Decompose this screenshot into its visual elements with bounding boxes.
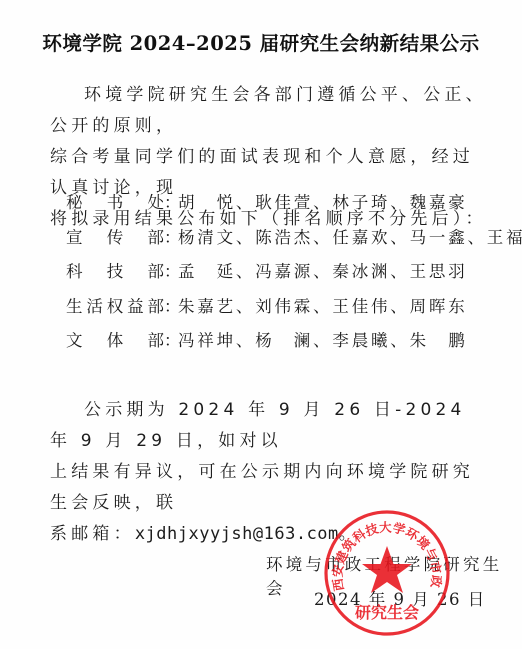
notice-line-text: 公示期为 2024 年 9 月 26 日-2024 年 9 月 29 日，如对以: [50, 400, 466, 451]
dept-char: 传: [107, 221, 124, 256]
dept-char: 体: [107, 324, 124, 359]
dept-char: 技: [107, 255, 124, 290]
intro-line-text: 环境学院研究生会各部门遵循公平、公正、公开的原则，: [50, 85, 487, 136]
member-names: 胡 悦、耿佳萱、林子琦、魏嘉豪: [178, 186, 468, 221]
department-label: 科 技 部: [66, 255, 164, 290]
colon: ：: [164, 324, 178, 359]
dept-char: 书: [107, 186, 124, 221]
dept-char: 生: [66, 290, 83, 325]
dept-char: 权: [107, 290, 124, 325]
colon: ：: [164, 221, 178, 256]
department-label: 生 活 权 益 部: [66, 290, 164, 325]
member-names: 孟 延、冯嘉源、秦冰渊、王思羽: [178, 255, 468, 290]
department-label: 文 体 部: [66, 324, 164, 359]
department-label: 宣 传 部: [66, 221, 164, 256]
roster-list: 秘 书 处 ： 胡 悦、耿佳萱、林子琦、魏嘉豪 宣 传 部 ： 杨清文、陈浩杰、…: [66, 186, 522, 359]
roster-row-secretariat: 秘 书 处 ： 胡 悦、耿佳萱、林子琦、魏嘉豪: [66, 186, 522, 221]
member-names: 冯祥坤、杨 澜、李晨曦、朱 鹏: [178, 324, 468, 359]
roster-row-student-welfare: 生 活 权 益 部 ： 朱嘉艺、刘伟霖、王佳伟、周晖东: [66, 290, 522, 325]
roster-row-technology: 科 技 部 ： 孟 延、冯嘉源、秦冰渊、王思羽: [66, 255, 522, 290]
department-label: 秘 书 处: [66, 186, 164, 221]
colon: ：: [164, 255, 178, 290]
dept-char: 部: [148, 255, 165, 290]
intro-line: 环境学院研究生会各部门遵循公平、公正、公开的原则，: [50, 80, 490, 142]
dept-char: 益: [127, 290, 144, 325]
colon: ：: [164, 290, 178, 325]
dept-char: 宣: [66, 221, 83, 256]
dept-char: 部: [148, 324, 165, 359]
contact-email: xjdhjxyyjsh@163.com: [135, 524, 339, 544]
dept-char: 处: [148, 186, 165, 221]
notice-line: 公示期为 2024 年 9 月 26 日-2024 年 9 月 29 日，如对以: [50, 395, 490, 457]
dept-char: 文: [66, 324, 83, 359]
star-icon: [362, 546, 412, 593]
page-title: 环境学院 2024–2025 届研究生会纳新结果公示: [0, 28, 522, 56]
roster-row-arts-sports: 文 体 部 ： 冯祥坤、杨 澜、李晨曦、朱 鹏: [66, 324, 522, 359]
member-names: 朱嘉艺、刘伟霖、王佳伟、周晖东: [178, 290, 468, 325]
colon: ：: [164, 186, 178, 221]
seal-center-text: 研究生会: [355, 603, 419, 622]
official-seal-icon: 西安建筑科技大学环境与市政工程学院 研究生会: [322, 508, 452, 638]
dept-char: 部: [148, 221, 165, 256]
dept-char: 科: [66, 255, 83, 290]
dept-char: 部: [148, 290, 165, 325]
dept-char: 秘: [66, 186, 83, 221]
dept-char: 活: [86, 290, 103, 325]
roster-row-publicity: 宣 传 部 ： 杨清文、陈浩杰、任嘉欢、马一鑫、王福强: [66, 221, 522, 256]
contact-label: 系邮箱：: [50, 524, 135, 544]
member-names: 杨清文、陈浩杰、任嘉欢、马一鑫、王福强: [178, 221, 522, 256]
